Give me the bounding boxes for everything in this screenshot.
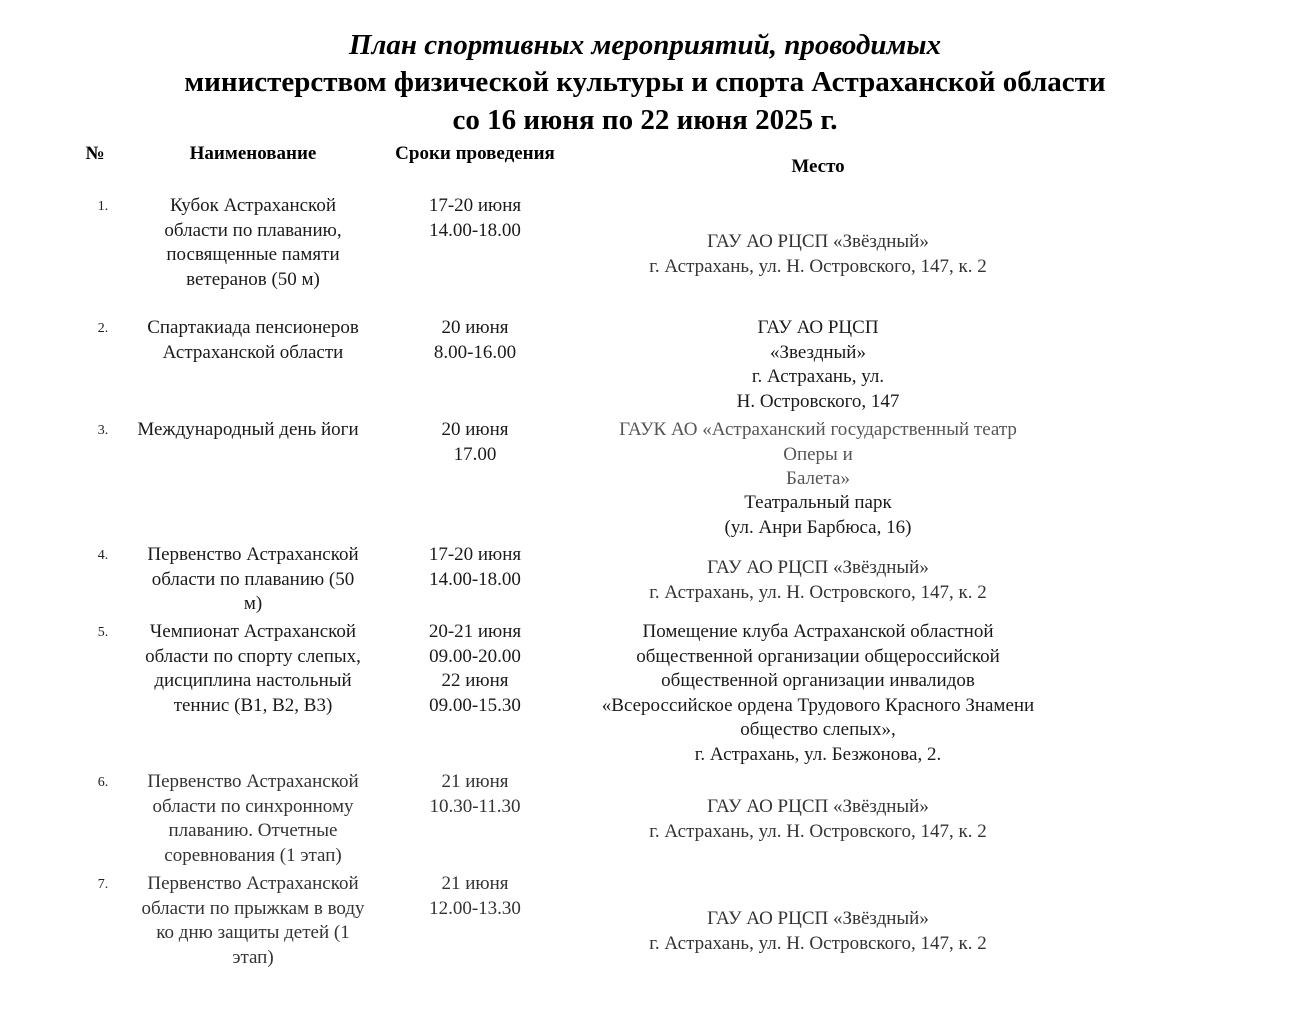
event-place-address: Театральный парк (ул. Анри Барбюса, 16) xyxy=(538,491,1098,540)
event-place: ГАУ АО РЦСП «Звёздный» г. Астрахань, ул.… xyxy=(538,907,1098,956)
event-name: Первенство Астраханской области по прыжк… xyxy=(113,872,393,970)
document-title-line-3: со 16 июня по 22 июня 2025 г. xyxy=(0,102,1290,139)
header-number: № xyxy=(80,142,110,166)
event-name: Спартакиада пенсионеров Астраханской обл… xyxy=(113,316,393,365)
event-place-venue: ГАУК АО «Астраханский государственный те… xyxy=(538,418,1098,492)
event-name: Первенство Астраханской области по синхр… xyxy=(113,770,393,868)
event-place: Помещение клуба Астраханской областной о… xyxy=(538,620,1098,767)
document-title-line-1: План спортивных мероприятий, проводимых xyxy=(0,27,1290,64)
event-name: Первенство Астраханской области по плава… xyxy=(113,543,393,617)
header-place: Место xyxy=(538,155,1098,179)
event-place: ГАУ АО РЦСП «Звездный» г. Астрахань, ул.… xyxy=(538,316,1098,414)
event-place: ГАУ АО РЦСП «Звёздный» г. Астрахань, ул.… xyxy=(538,230,1098,279)
event-name: Кубок Астраханской области по плаванию, … xyxy=(113,194,393,292)
event-name: Международный день йоги xyxy=(108,418,388,443)
event-place: ГАУ АО РЦСП «Звёздный» г. Астрахань, ул.… xyxy=(538,556,1098,605)
document-title-line-2: министерством физической культуры и спор… xyxy=(0,64,1290,101)
header-name: Наименование xyxy=(113,142,393,166)
event-name: Чемпионат Астраханской области по спорту… xyxy=(113,620,393,718)
event-place: ГАУ АО РЦСП «Звёздный» г. Астрахань, ул.… xyxy=(538,795,1098,844)
